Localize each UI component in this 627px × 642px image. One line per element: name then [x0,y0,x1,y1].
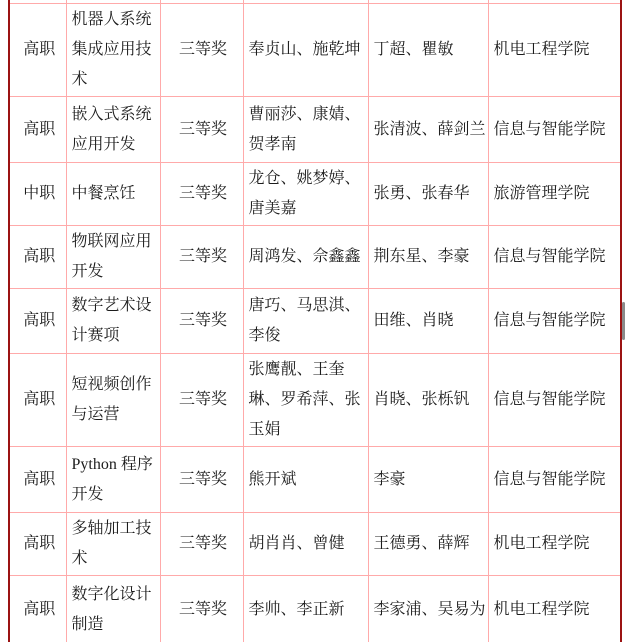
cell-students: 李帅、李正新 [243,576,368,642]
cell-college: 信息与智能学院 [488,97,621,163]
cell-award: 三等奖 [160,97,243,163]
cell-teachers: 荆东星、李豪 [368,226,488,289]
table-row: 中职 中餐烹饪 三等奖 龙仓、姚梦婷、唐美嘉 张勇、张春华 旅游管理学院 [9,163,621,226]
cell-students: 胡肖肖、曾健 [243,513,368,576]
cell-college: 信息与智能学院 [488,226,621,289]
cell-event: 短视频创作与运营 [66,354,160,447]
cell-students: 唐巧、马思淇、李俊 [243,289,368,354]
document-page: 高职 机器人系统集成应用技术 三等奖 奉贞山、施乾坤 丁超、瞿敏 机电工程学院 … [0,0,627,642]
table-row: 高职 数字化设计制造 三等奖 李帅、李正新 李家浦、吴易为 机电工程学院 [9,576,621,642]
table-row: 高职 数字艺术设计赛项 三等奖 唐巧、马思淇、李俊 田维、肖晓 信息与智能学院 [9,289,621,354]
cell-award: 三等奖 [160,4,243,97]
cell-award: 三等奖 [160,289,243,354]
cell-level: 高职 [9,354,66,447]
cell-college: 旅游管理学院 [488,163,621,226]
cell-event: 多轴加工技术 [66,513,160,576]
cell-teachers: 田维、肖晓 [368,289,488,354]
cell-level: 高职 [9,289,66,354]
awards-table: 高职 机器人系统集成应用技术 三等奖 奉贞山、施乾坤 丁超、瞿敏 机电工程学院 … [8,0,622,642]
table-row: 高职 Python 程序开发 三等奖 熊开斌 李豪 信息与智能学院 [9,447,621,513]
cell-teachers: 李豪 [368,447,488,513]
cell-teachers: 王德勇、薛辉 [368,513,488,576]
cell-level: 高职 [9,447,66,513]
cell-award: 三等奖 [160,354,243,447]
table-row: 高职 机器人系统集成应用技术 三等奖 奉贞山、施乾坤 丁超、瞿敏 机电工程学院 [9,4,621,97]
cell-award: 三等奖 [160,163,243,226]
cell-event: 物联网应用开发 [66,226,160,289]
cell-level: 中职 [9,163,66,226]
cell-college: 信息与智能学院 [488,289,621,354]
cell-event: Python 程序开发 [66,447,160,513]
cell-students: 张鹰靓、王奎琳、罗希萍、张玉娟 [243,354,368,447]
cell-award: 三等奖 [160,447,243,513]
cell-college: 机电工程学院 [488,576,621,642]
cell-students: 熊开斌 [243,447,368,513]
cell-award: 三等奖 [160,226,243,289]
table-row: 高职 物联网应用开发 三等奖 周鸿发、佘鑫鑫 荆东星、李豪 信息与智能学院 [9,226,621,289]
cell-level: 高职 [9,226,66,289]
cell-level: 高职 [9,576,66,642]
table-row: 高职 多轴加工技术 三等奖 胡肖肖、曾健 王德勇、薛辉 机电工程学院 [9,513,621,576]
cell-college: 机电工程学院 [488,513,621,576]
cell-students: 周鸿发、佘鑫鑫 [243,226,368,289]
cell-level: 高职 [9,4,66,97]
cell-college: 机电工程学院 [488,4,621,97]
cell-teachers: 张勇、张春华 [368,163,488,226]
cell-students: 奉贞山、施乾坤 [243,4,368,97]
cell-event: 中餐烹饪 [66,163,160,226]
cell-event: 机器人系统集成应用技术 [66,4,160,97]
cell-teachers: 张清波、薛剑兰 [368,97,488,163]
cell-students: 龙仓、姚梦婷、唐美嘉 [243,163,368,226]
cell-teachers: 李家浦、吴易为 [368,576,488,642]
cell-teachers: 肖晓、张栎钒 [368,354,488,447]
cell-college: 信息与智能学院 [488,447,621,513]
cell-level: 高职 [9,513,66,576]
cell-event: 数字艺术设计赛项 [66,289,160,354]
table-row: 高职 嵌入式系统应用开发 三等奖 曹丽莎、康婧、贺孝南 张清波、薛剑兰 信息与智… [9,97,621,163]
cell-level: 高职 [9,97,66,163]
cell-award: 三等奖 [160,513,243,576]
vertical-scrollbar-thumb[interactable] [622,302,625,340]
table-row: 高职 短视频创作与运营 三等奖 张鹰靓、王奎琳、罗希萍、张玉娟 肖晓、张栎钒 信… [9,354,621,447]
cell-event: 嵌入式系统应用开发 [66,97,160,163]
cell-college: 信息与智能学院 [488,354,621,447]
cell-students: 曹丽莎、康婧、贺孝南 [243,97,368,163]
cell-event: 数字化设计制造 [66,576,160,642]
cell-award: 三等奖 [160,576,243,642]
cell-teachers: 丁超、瞿敏 [368,4,488,97]
